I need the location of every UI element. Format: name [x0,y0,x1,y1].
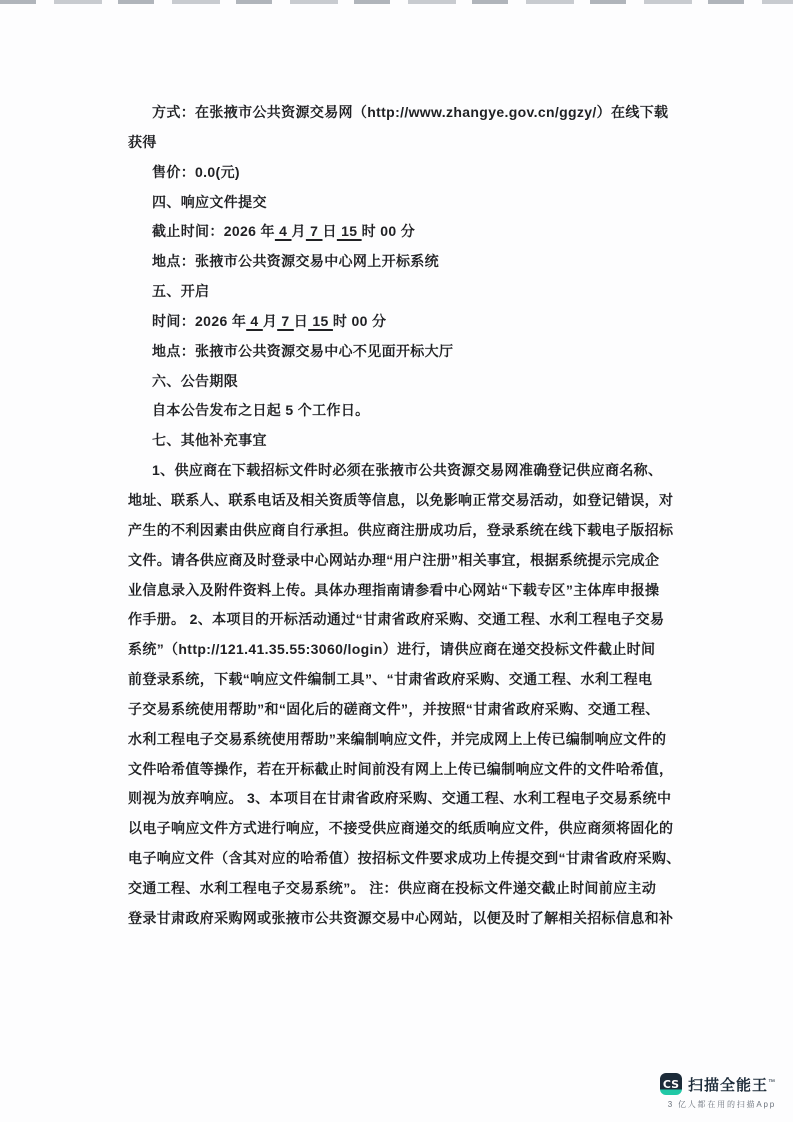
text-segment: 文件。请各供应商及时登录中心网站办理“用户注册”相关事宜，根据系统提示完成企 [128,552,659,568]
document-line: 截止时间：2026 年 4 月 7 日 15 时 00 分 [128,217,673,247]
document-line: 水利工程电子交易系统使用帮助”来编制响应文件，并完成网上上传已编制响应文件的 [128,725,673,755]
camscanner-watermark: CS 扫描全能王™ 3 亿人都在用的扫描App [660,1073,776,1110]
document-line: 登录甘肃政府采购网或张掖市公共资源交易中心网站，以便及时了解相关招标信息和补 [128,904,673,934]
document-line: 六、公告期限 [128,367,673,397]
text-segment: 水利工程电子交易系统使用帮助”来编制响应文件，并完成网上上传已编制响应文件的 [128,731,666,747]
text-segment: 五、开启 [152,283,209,299]
document-line: 文件哈希值等操作，若在开标截止时间前没有网上上传已编制响应文件的文件哈希值， [128,755,673,785]
document-line: 七、其他补充事宜 [128,426,673,456]
text-segment: 业信息录入及附件资料上传。具体办理指南请参看中心网站“下载专区”主体库申报操 [128,582,659,598]
text-segment: 时间：2026 年 [152,313,246,329]
scanned-document-page: 方式：在张掖市公共资源交易网（http://www.zhangye.gov.cn… [0,0,793,1122]
text-segment: 七、其他补充事宜 [152,432,267,448]
text-segment: 时 00 分 [333,313,386,329]
document-line: 业信息录入及附件资料上传。具体办理指南请参看中心网站“下载专区”主体库申报操 [128,576,673,606]
text-segment: 方式：在张掖市公共资源交易网（http://www.zhangye.gov.cn… [152,104,668,120]
text-segment: 则视为放弃响应。 3、本项目在甘肃省政府采购、交通工程、水利工程电子交易系统中 [128,790,671,806]
text-segment: 月 [263,313,277,329]
document-line: 文件。请各供应商及时登录中心网站办理“用户注册”相关事宜，根据系统提示完成企 [128,546,673,576]
text-segment: 产生的不利因素由供应商自行承担。供应商注册成功后，登录系统在线下载电子版招标 [128,522,673,538]
document-line: 四、响应文件提交 [128,188,673,218]
document-body: 方式：在张掖市公共资源交易网（http://www.zhangye.gov.cn… [128,98,673,934]
text-segment: 日 [294,313,308,329]
text-segment: 登录甘肃政府采购网或张掖市公共资源交易中心网站，以便及时了解相关招标信息和补 [128,910,673,926]
text-segment: 前登录系统，下载“响应文件编制工具”、“甘肃省政府采购、交通工程、水利工程电 [128,671,652,687]
text-segment: 四、响应文件提交 [152,194,267,210]
underlined-value: 7 [277,313,294,329]
text-segment: 系统”（http://121.41.35.55:3060/login）进行，请供… [128,641,655,657]
text-segment: 地点：张掖市公共资源交易中心不见面开标大厅 [152,343,453,359]
text-segment: 地址、联系人、联系电话及相关资质等信息，以免影响正常交易活动，如登记错误，对 [128,492,673,508]
text-segment: 月 [292,223,306,239]
camscanner-logo-icon: CS [660,1073,682,1095]
text-segment: 交通工程、水利工程电子交易系统”。 注：供应商在投标文件递交截止时间前应主动 [128,880,656,896]
document-line: 产生的不利因素由供应商自行承担。供应商注册成功后，登录系统在线下载电子版招标 [128,516,673,546]
document-line: 五、开启 [128,277,673,307]
text-segment: 地点：张掖市公共资源交易中心网上开标系统 [152,253,439,269]
document-line: 子交易系统使用帮助”和“固化后的磋商文件”，并按照“甘肃省政府采购、交通工程、 [128,695,673,725]
scan-edge-artifact [0,0,793,4]
text-segment: 获得 [128,134,157,150]
text-segment: 作手册。 2、本项目的开标活动通过“甘肃省政府采购、交通工程、水利工程电子交易 [128,611,664,627]
underlined-value: 15 [308,313,333,329]
document-line: 电子响应文件（含其对应的哈希值）按招标文件要求成功上传提交到“甘肃省政府采购、 [128,844,673,874]
text-segment: 以电子响应文件方式进行响应，不接受供应商递交的纸质响应文件，供应商须将固化的 [128,820,673,836]
text-segment: 子交易系统使用帮助”和“固化后的磋商文件”，并按照“甘肃省政府采购、交通工程、 [128,701,660,717]
document-line: 则视为放弃响应。 3、本项目在甘肃省政府采购、交通工程、水利工程电子交易系统中 [128,784,673,814]
underlined-value: 15 [337,223,362,239]
document-line: 地址、联系人、联系电话及相关资质等信息，以免影响正常交易活动，如登记错误，对 [128,486,673,516]
text-segment: 日 [323,223,337,239]
document-line: 系统”（http://121.41.35.55:3060/login）进行，请供… [128,635,673,665]
document-line: 售价：0.0(元) [128,158,673,188]
underlined-value: 7 [306,223,323,239]
text-segment: 截止时间：2026 年 [152,223,275,239]
document-line: 时间：2026 年 4 月 7 日 15 时 00 分 [128,307,673,337]
document-line: 以电子响应文件方式进行响应，不接受供应商递交的纸质响应文件，供应商须将固化的 [128,814,673,844]
document-line: 方式：在张掖市公共资源交易网（http://www.zhangye.gov.cn… [128,98,673,128]
underlined-value: 4 [246,313,263,329]
camscanner-brand-name: 扫描全能王™ [688,1074,776,1095]
document-line: 前登录系统，下载“响应文件编制工具”、“甘肃省政府采购、交通工程、水利工程电 [128,665,673,695]
text-segment: 时 00 分 [362,223,415,239]
text-segment: 自本公告发布之日起 5 个工作日。 [152,402,370,418]
document-line: 交通工程、水利工程电子交易系统”。 注：供应商在投标文件递交截止时间前应主动 [128,874,673,904]
trademark-symbol: ™ [768,1079,776,1086]
text-segment: 1、供应商在下载招标文件时必须在张掖市公共资源交易网准确登记供应商名称、 [152,462,662,478]
document-line: 地点：张掖市公共资源交易中心网上开标系统 [128,247,673,277]
document-line: 地点：张掖市公共资源交易中心不见面开标大厅 [128,337,673,367]
document-line: 作手册。 2、本项目的开标活动通过“甘肃省政府采购、交通工程、水利工程电子交易 [128,605,673,635]
text-segment: 售价：0.0(元) [152,164,240,180]
document-line: 自本公告发布之日起 5 个工作日。 [128,396,673,426]
camscanner-logo-text: CS [663,1078,679,1091]
text-segment: 电子响应文件（含其对应的哈希值）按招标文件要求成功上传提交到“甘肃省政府采购、 [128,850,681,866]
document-line: 1、供应商在下载招标文件时必须在张掖市公共资源交易网准确登记供应商名称、 [128,456,673,486]
text-segment: 六、公告期限 [152,373,238,389]
document-line: 获得 [128,128,673,158]
text-segment: 文件哈希值等操作，若在开标截止时间前没有网上上传已编制响应文件的文件哈希值， [128,761,673,777]
underlined-value: 4 [275,223,292,239]
brand-text: 扫描全能王 [688,1077,768,1094]
camscanner-brand-row: CS 扫描全能王™ [660,1073,776,1095]
camscanner-tagline: 3 亿人都在用的扫描App [660,1099,776,1110]
